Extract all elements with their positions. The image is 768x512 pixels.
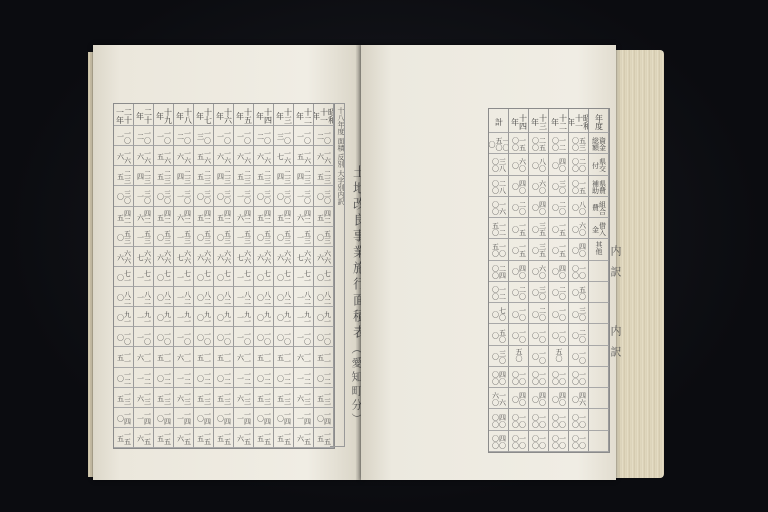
table-cell: 一〇一 — [234, 327, 254, 347]
table-cell: 三〇〇 — [154, 186, 174, 206]
table-cell: 一五六 — [174, 428, 194, 448]
table-cell: 一六六 — [254, 146, 274, 166]
table-cell: 五三一 — [294, 227, 314, 247]
table-cell: 一三五 — [194, 388, 214, 408]
table-cell: 六〇〇 — [509, 154, 529, 175]
table-cell: 一二一 — [234, 368, 254, 388]
table-cell: 一三五 — [154, 388, 174, 408]
table-cell: 一二〇 — [114, 368, 134, 388]
table-cell: 四〇〇 — [509, 261, 529, 282]
table-cell: 一〇五〇 — [489, 239, 509, 260]
table-cell: 五三〇 — [274, 227, 294, 247]
table-cell: 九一〇 — [194, 307, 214, 327]
table-cell: 七一一 — [294, 267, 314, 287]
table-cell: 組合費 — [589, 197, 609, 218]
table-cell: 一五〇〇 — [569, 176, 589, 197]
table-cell: 一一五 — [194, 347, 214, 367]
table-cell: 九一一 — [134, 307, 154, 327]
right-page: 計十四年十三年十二年昭和十一年年度一〇五〇〇一五〇〇二五〇〇一二〇〇五三〇〇資金… — [361, 45, 616, 480]
table-cell: 五〇〇 — [569, 282, 589, 303]
table-cell: 其他 — [589, 239, 609, 260]
table-cell: 資金総額 — [589, 133, 609, 154]
table-header-cell: 十四年 — [254, 104, 274, 126]
table-cell: 一〇〇〇 — [549, 409, 569, 430]
table-cell: 一〇一 — [234, 126, 254, 146]
table-cell: 一〇〇〇 — [529, 409, 549, 430]
table-cell: 四二五 — [214, 207, 234, 227]
table-cell: 一〇三 — [274, 126, 294, 146]
table-cell: 六六六 — [154, 247, 174, 267]
right-page-note-2: 内訳 — [607, 325, 623, 367]
table-header-cell: 十八年 — [174, 104, 194, 126]
table-cell: 一五六 — [134, 428, 154, 448]
table-cell: 五三一 — [174, 227, 194, 247]
table-cell: 五三〇 — [154, 227, 174, 247]
table-cell: 八二一 — [174, 287, 194, 307]
table-cell: 九一一 — [174, 307, 194, 327]
table-header-cell: 年度 — [589, 109, 609, 133]
table-cell: 三〇〇 — [569, 303, 589, 324]
table-cell — [589, 367, 609, 388]
table-cell: 九一〇 — [274, 307, 294, 327]
table-cell: 三〇一 — [234, 186, 254, 206]
left-page: 二十一年二十年十九年十八年十七年十六年十五年十四年十三年十二年昭和十一年一〇一一… — [93, 45, 361, 480]
table-cell: 二三四 — [214, 166, 234, 186]
table-cell: 一〇五〇〇 — [489, 133, 509, 154]
table-cell: 一一五 — [154, 347, 174, 367]
table-cell: 五〇 — [549, 346, 569, 367]
table-cell: 借入金 — [589, 218, 609, 239]
table-cell: 一六六 — [134, 146, 154, 166]
table-cell: 三〇〇 — [194, 186, 214, 206]
table-cell: 一〇二 — [134, 126, 154, 146]
table-cell: 二〇〇 — [549, 197, 569, 218]
table-cell: 三〇一 — [294, 186, 314, 206]
table-cell: 一〇一 — [134, 327, 154, 347]
table-cell: 一〇三 — [194, 126, 214, 146]
table-header-cell: 十六年 — [214, 104, 234, 126]
table-cell: 四二五 — [254, 207, 274, 227]
table-cell: 一四一 — [294, 408, 314, 428]
table-cell: 一四一 — [134, 408, 154, 428]
table-cell: 四二六 — [174, 207, 194, 227]
table-cell — [589, 261, 609, 282]
table-cell: 一五五 — [214, 428, 234, 448]
table-cell: 一〇一 — [294, 327, 314, 347]
table-cell: 一六六〇 — [489, 388, 509, 409]
table-cell: 一五〇 — [509, 218, 529, 239]
table-cell: 一〇〇〇 — [529, 367, 549, 388]
table-cell: 六六六 — [214, 247, 234, 267]
table-cell: 四二六 — [234, 207, 254, 227]
table-cell: 四〇〇 — [509, 388, 529, 409]
table-cell: 三〇〇 — [549, 176, 569, 197]
table-cell: 六六六 — [254, 247, 274, 267]
table-cell: 八二一 — [134, 287, 154, 307]
table-cell: 一六〇〇 — [489, 197, 509, 218]
table-header-cell: 十三年 — [274, 104, 294, 126]
table-cell: 二四〇〇 — [489, 261, 509, 282]
table-cell: 一一六 — [234, 347, 254, 367]
table-cell: 一一五 — [214, 347, 234, 367]
left-table-side-label: 十八年度 面積 反別 大字別内訳 — [330, 103, 345, 447]
table-cell: 一〇〇〇 — [549, 431, 569, 452]
table-cell: 一六六 — [174, 146, 194, 166]
table-cell: 二〇〇 — [569, 324, 589, 345]
table-cell: 一六六 — [214, 146, 234, 166]
table-cell: 一〇一 — [114, 126, 134, 146]
table-cell: 一〇〇 — [154, 327, 174, 347]
table-cell: 四〇〇 — [549, 154, 569, 175]
table-cell: 三〇〇 — [114, 186, 134, 206]
table-cell: 八二一 — [234, 287, 254, 307]
table-cell: 一〇〇 — [194, 327, 214, 347]
table-cell: 二〇〇 — [509, 197, 529, 218]
table-cell: 一二一 — [174, 368, 194, 388]
table-cell: 一〇〇 — [529, 346, 549, 367]
table-cell: 一二一 — [134, 368, 154, 388]
table-cell: 一四〇 — [254, 408, 274, 428]
table-cell: 五三〇〇 — [569, 133, 589, 154]
table-cell: 一〇〇 — [509, 303, 529, 324]
table-cell: 四二六 — [134, 207, 154, 227]
table-cell: 七一一 — [134, 267, 154, 287]
table-cell: 一三五 — [254, 388, 274, 408]
table-cell: 二三四 — [174, 166, 194, 186]
table-cell: 二〇〇 — [529, 303, 549, 324]
table-cell: 一五〇 — [509, 239, 529, 260]
table-cell: 一五五 — [114, 428, 134, 448]
table-header-cell: 二十一年 — [114, 104, 134, 126]
table-cell: 六六七 — [234, 247, 254, 267]
table-cell: 二三五 — [114, 166, 134, 186]
table-header-cell: 昭和十一年 — [569, 109, 589, 133]
table-cell: 一三六 — [294, 388, 314, 408]
right-page-edges — [616, 50, 664, 478]
table-cell: 一二〇 — [154, 368, 174, 388]
table-cell — [589, 346, 609, 367]
table-cell: 一一六 — [134, 347, 154, 367]
table-cell: 四〇〇 — [529, 197, 549, 218]
table-cell: 七〇〇 — [489, 303, 509, 324]
table-cell: 三〇〇 — [214, 186, 234, 206]
table-cell: 五三〇 — [194, 227, 214, 247]
table-cell — [589, 388, 609, 409]
table-cell: 三〇〇 — [529, 282, 549, 303]
table-cell: 六六七 — [294, 247, 314, 267]
table-cell: 一〇〇〇 — [569, 261, 589, 282]
table-header-cell: 十九年 — [154, 104, 174, 126]
table-cell: 九一〇 — [254, 307, 274, 327]
table-cell: 一四〇 — [194, 408, 214, 428]
table-cell: 一〇〇〇 — [569, 431, 589, 452]
table-cell: 一〇〇 — [549, 324, 569, 345]
table-cell: 一五六 — [234, 428, 254, 448]
table-cell: 一五五 — [154, 428, 174, 448]
table-cell: 一五〇 — [549, 218, 569, 239]
table-cell: 一〇〇 — [569, 346, 589, 367]
table-cell: 七一〇 — [254, 267, 274, 287]
table-cell: 九一一 — [294, 307, 314, 327]
right-page-table: 計十四年十三年十二年昭和十一年年度一〇五〇〇一五〇〇二五〇〇一二〇〇五三〇〇資金… — [488, 108, 610, 453]
table-cell: 一〇〇〇 — [549, 367, 569, 388]
table-cell: 一二〇 — [214, 368, 234, 388]
table-cell: 一〇〇 — [114, 327, 134, 347]
table-cell: 七一〇 — [194, 267, 214, 287]
table-cell: 五〇〇 — [489, 324, 509, 345]
table-cell — [589, 409, 609, 430]
table-cell: 一五六 — [294, 428, 314, 448]
table-cell: 一三五 — [114, 388, 134, 408]
table-cell: 一〇二 — [254, 126, 274, 146]
table-cell: 四六〇 — [569, 388, 589, 409]
table-cell: 一四〇 — [214, 408, 234, 428]
table-cell: 一六六 — [114, 146, 134, 166]
table-header-cell: 十四年 — [509, 109, 529, 133]
table-cell: 一〇〇 — [549, 303, 569, 324]
table-cell: 一一六 — [294, 347, 314, 367]
table-cell: 一二〇 — [274, 368, 294, 388]
table-cell: 一四〇 — [154, 408, 174, 428]
table-cell: 六六七 — [174, 247, 194, 267]
table-cell: 四〇〇〇 — [489, 367, 509, 388]
table-header-cell: 十三年 — [529, 109, 549, 133]
table-cell: 一三六 — [134, 388, 154, 408]
table-cell: 八二〇 — [274, 287, 294, 307]
table-cell: 六六七 — [134, 247, 154, 267]
table-cell: 一二五〇 — [489, 218, 509, 239]
table-cell: 一〇一 — [214, 126, 234, 146]
table-cell: 一〇一 — [174, 327, 194, 347]
table-cell: 一六五 — [194, 146, 214, 166]
table-cell: 一〇〇 — [254, 327, 274, 347]
table-cell: 七一〇 — [274, 267, 294, 287]
left-page-table: 二十一年二十年十九年十八年十七年十六年十五年十四年十三年十二年昭和十一年一〇一一… — [113, 103, 335, 449]
table-cell: 八二〇 — [214, 287, 234, 307]
table-cell: 一三六 — [174, 388, 194, 408]
table-cell: 三〇一 — [174, 186, 194, 206]
table-cell: 四二五 — [194, 207, 214, 227]
table-cell: 一四一 — [174, 408, 194, 428]
table-cell: 三五〇 — [529, 239, 549, 260]
table-cell: 一〇〇〇 — [509, 431, 529, 452]
table-header-cell: 二十年 — [134, 104, 154, 126]
table-cell: 六六六 — [194, 247, 214, 267]
table-cell: 一二〇〇 — [549, 133, 569, 154]
table-cell: 一〇二 — [174, 126, 194, 146]
table-cell: 一五〇 — [549, 239, 569, 260]
table-cell: 三〇一 — [134, 186, 154, 206]
table-header-cell: 十七年 — [194, 104, 214, 126]
table-cell: 一二〇〇 — [489, 282, 509, 303]
table-cell: 二三五 — [154, 166, 174, 186]
table-cell: 七一一 — [174, 267, 194, 287]
table-cell: 二〇〇 — [509, 282, 529, 303]
table-cell: 六〇〇 — [529, 261, 549, 282]
table-cell: 一〇〇〇 — [569, 409, 589, 430]
table-cell: 一三五 — [274, 388, 294, 408]
table-cell: 四〇〇〇 — [489, 431, 509, 452]
table-cell: 一〇〇 — [214, 327, 234, 347]
table-cell: 八二一 — [294, 287, 314, 307]
table-cell: 四〇〇 — [569, 239, 589, 260]
table-cell: 一三五 — [214, 388, 234, 408]
table-cell: 四二五 — [154, 207, 174, 227]
table-cell: 八二〇 — [194, 287, 214, 307]
table-cell: 一二〇 — [254, 368, 274, 388]
table-cell: 県費補助 — [589, 176, 609, 197]
table-header-cell: 十二年 — [294, 104, 314, 126]
table-header-cell: 計 — [489, 109, 509, 133]
table-cell: 八〇〇 — [569, 197, 589, 218]
table-cell: 六六六 — [114, 247, 134, 267]
table-cell: 五三〇 — [214, 227, 234, 247]
table-cell: 四〇〇〇 — [489, 409, 509, 430]
table-cell — [589, 431, 609, 452]
table-cell: 七一〇 — [114, 267, 134, 287]
table-cell: 五三〇 — [114, 227, 134, 247]
table-cell — [589, 324, 609, 345]
table-cell: 八二〇 — [114, 287, 134, 307]
table-cell: 一五〇〇 — [509, 133, 529, 154]
table-cell: 一四〇 — [274, 408, 294, 428]
table-cell: 二〇〇 — [549, 282, 569, 303]
table-cell: 四〇〇 — [549, 261, 569, 282]
table-cell: 一一六 — [174, 347, 194, 367]
table-cell: 一〇〇〇 — [509, 367, 529, 388]
table-cell: 一〇〇〇 — [509, 409, 529, 430]
table-cell: 五〇 — [509, 346, 529, 367]
table-cell: 二五〇〇 — [529, 133, 549, 154]
table-cell — [589, 282, 609, 303]
table-cell: 一六五 — [154, 146, 174, 166]
table-cell: 九一〇 — [154, 307, 174, 327]
table-cell: 一〇一 — [154, 126, 174, 146]
table-cell: 四〇〇 — [509, 176, 529, 197]
table-cell: 八二〇 — [254, 287, 274, 307]
table-cell: 一一五 — [114, 347, 134, 367]
table-cell: 四〇〇 — [529, 388, 549, 409]
table-cell: 一二一 — [294, 368, 314, 388]
table-cell: 一六六 — [234, 146, 254, 166]
table-cell: 三〇〇 — [274, 186, 294, 206]
table-cell: 二三四 — [294, 166, 314, 186]
table-cell: 三八〇〇 — [489, 154, 509, 175]
table-cell: 一二〇 — [194, 368, 214, 388]
table-cell: 一五五 — [274, 428, 294, 448]
right-page-note-1: 内訳 — [607, 245, 623, 287]
table-header-cell: 十五年 — [234, 104, 254, 126]
table-cell: 一〇〇 — [274, 327, 294, 347]
table-cell: 二三五 — [194, 166, 214, 186]
table-cell: 一〇〇〇 — [529, 431, 549, 452]
table-cell: 二三四 — [134, 166, 154, 186]
table-cell: 二三四 — [274, 166, 294, 186]
table-cell: 一五五 — [254, 428, 274, 448]
table-cell: 九一〇 — [214, 307, 234, 327]
table-cell: 一五五 — [194, 428, 214, 448]
table-cell: 県交付 — [589, 154, 609, 175]
table-cell: 六〇〇 — [529, 176, 549, 197]
table-cell: 二〇〇〇 — [569, 154, 589, 175]
table-cell: 一〇〇 — [509, 324, 529, 345]
table-cell: 二三五 — [254, 166, 274, 186]
table-cell: 六六六 — [274, 247, 294, 267]
table-cell: 一〇一 — [294, 126, 314, 146]
table-cell: 四〇〇 — [549, 388, 569, 409]
table-cell: 七一〇 — [214, 267, 234, 287]
table-cell: 一〇〇 — [529, 324, 549, 345]
table-cell — [589, 303, 609, 324]
table-cell: 一三六 — [234, 388, 254, 408]
table-cell: 四二五 — [274, 207, 294, 227]
table-cell: 八〇〇 — [529, 154, 549, 175]
table-cell: 二三五 — [234, 166, 254, 186]
table-cell: 七一一 — [234, 267, 254, 287]
table-cell: 二八〇〇 — [489, 176, 509, 197]
table-cell: 九一一 — [234, 307, 254, 327]
table-cell: 八二〇 — [154, 287, 174, 307]
table-cell: 九一〇 — [114, 307, 134, 327]
table-cell: 五三〇 — [254, 227, 274, 247]
table-cell: 四二五 — [114, 207, 134, 227]
table-cell: 四二六 — [294, 207, 314, 227]
table-cell: 七一〇 — [154, 267, 174, 287]
table-cell: 三五〇 — [529, 218, 549, 239]
table-cell: 一六七 — [274, 146, 294, 166]
table-cell: 三〇〇 — [254, 186, 274, 206]
table-cell: 三〇〇 — [489, 346, 509, 367]
table-cell: 五三一 — [134, 227, 154, 247]
table-cell: 一〇〇〇 — [569, 367, 589, 388]
table-cell: 一一五 — [254, 347, 274, 367]
table-header-cell: 十二年 — [549, 109, 569, 133]
open-book: 二十一年二十年十九年十八年十七年十六年十五年十四年十三年十二年昭和十一年一〇一一… — [88, 40, 668, 485]
table-cell: 一一五 — [274, 347, 294, 367]
table-cell: 六〇〇 — [569, 218, 589, 239]
table-cell: 五三一 — [234, 227, 254, 247]
table-cell: 一四〇 — [114, 408, 134, 428]
table-cell: 一六五 — [294, 146, 314, 166]
table-cell: 一四一 — [234, 408, 254, 428]
